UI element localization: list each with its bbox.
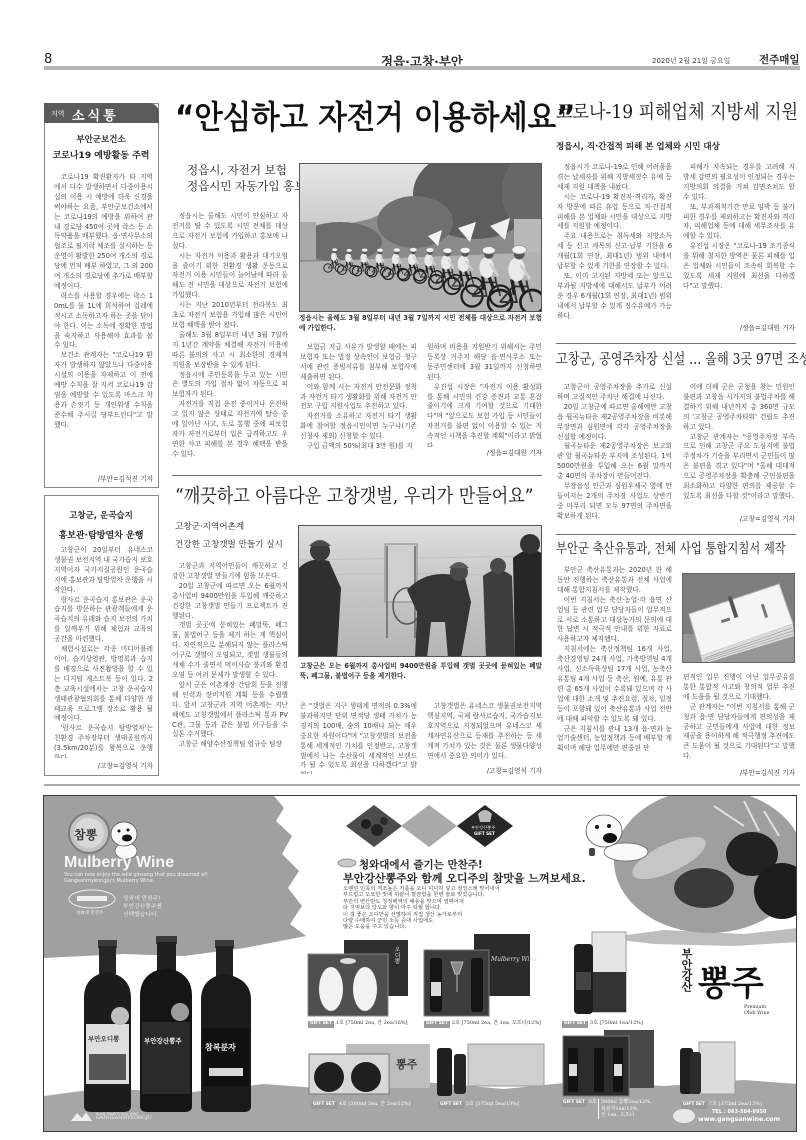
page-number: 8: [44, 52, 52, 67]
gift-set-6-image: [563, 1030, 654, 1096]
tax-col-2: 피해가 지속되는 경우를 고려해 지방세 감면의 필요성이 인정되는 경우는 지…: [683, 163, 795, 321]
gift-set-2-image: [424, 934, 530, 1016]
paragraph: 정읍시는 올해도 시민이 안심하고 자전거를 탈 수 있도록 시민 전체를 대상…: [172, 212, 288, 252]
paragraph: 20일 고창군에 따르면 오는 6월까지 총사업비 9400만원을 투입해 깨끗…: [172, 582, 288, 622]
paragraph: 정읍시에 주민등록을 두고 있는 시민은 별도의 가입 절차 없이 자동으로 피…: [172, 371, 288, 401]
ad-tagline-2: Gangsanmyeongju's Mulberry Wine.: [64, 878, 154, 884]
center-divider: [172, 475, 542, 476]
paragraph: 자전거를 소유하고 자전거 타기 생활화에 참여할 정읍시민이면 누구나(기존 …: [300, 412, 417, 442]
paragraph: 시는 자전거 이용과 활용과 대기오염을 줄이기 위한 친환경 생활 운동으로 …: [172, 252, 288, 302]
gift-set-number: 5호: [466, 1101, 474, 1107]
gift-set-badge: GIFT SET: [308, 1021, 334, 1028]
guidebook-photo-image: [683, 574, 795, 663]
parking-col-1: 고창군이 공영주차장을 추가로 신설하며 고질적인 주차난 해결에 나선다. 2…: [557, 383, 672, 523]
paragraph: 20일 고창군에 따르면 올해에만 고창읍 월곡뉴타운 제2공영주차장을 비롯해…: [557, 403, 672, 443]
paragraph: 보험금 지급 사유가 발생할 때에는 피보험자 또는 법정 상속인이 보험금 청…: [300, 343, 417, 383]
paper-name: 전주매일: [759, 52, 800, 67]
paragraph: 부안군 축산유통과는 2020년 한 해 동안 진행하는 축산유통과 전체 사업…: [557, 566, 672, 596]
paragraph: 군은 지침서를 관내 13개 읍·면과 농업기술센터, 농업정책과 등에 배부할…: [557, 725, 672, 755]
side-article-2-byline: /고창=김영식 기자: [54, 762, 153, 771]
paragraph: 체험시설로는 각종 미디어플레이어, 습지상영관, 방명록과 습지를 배경으로 …: [54, 645, 153, 724]
paragraph: 유진섭 시장은 "코로나-19 조기종식을 위해 철저한 방역은 물론 피해를 …: [683, 242, 795, 292]
tidal-subhead-1: 고창군·지역어촌계: [175, 519, 244, 536]
right-divider-1: [556, 343, 796, 344]
gift-set-spec: [750ml 2ea, 잔 1ea, 오프너/12%]: [462, 1020, 542, 1026]
paragraph: 시는 지난 2010년부터 전라북도 최초로 자전거 보험을 가입해 많은 시민…: [172, 301, 288, 331]
bottle-3: [201, 940, 251, 1112]
tidal-subhead-2: 건강한 고창갯벌 만들기 실시: [175, 537, 283, 554]
paragraph: 구입 금액의 50%(최대 3만 원)를 지: [300, 442, 417, 452]
paragraph: 피해가 지속되는 경우를 고려해 지방세 감면의 필요성이 인정되는 경우는 지…: [683, 163, 795, 203]
side-article-2-title: 고창군, 운곡습지: [45, 509, 157, 521]
bottle-2-label: 부안강산뽕주: [144, 1036, 182, 1045]
bike-subhead-2: 정읍시민 자동가입 홍보: [187, 178, 305, 194]
parking-col-2: 이에 더해 군은 군청을 찾는 민원인 불편과 고창읍 시가지의 불법주차를 해…: [683, 383, 795, 511]
gift-set-badge: GIFT SET: [561, 1100, 587, 1107]
gift-set-2-label: GIFT SET2호 [750ml 2ea, 잔 1ea, 오프너/12%]: [424, 1020, 541, 1028]
bike-col-3: 원하며 비용을 지원받기 위해서는 주민등록상 거주지 해당 읍·면사무소 또는…: [427, 343, 542, 447]
gift-set-number: 1호: [336, 1020, 344, 1026]
bottle-1: [84, 940, 131, 1112]
gift-set-6-spec: 500ml 참뽕2ea/12%, 복분자1ea/13%, 잔 1ea, 오프너: [598, 1099, 652, 1119]
ad-body-line-7: 많은 도움을 주고 있습니다.: [343, 922, 406, 930]
gift-set-spec: [750ml 1ea/12%]: [600, 1020, 643, 1026]
side-article-1-subtitle: 코로나19 예방활동 주력: [45, 148, 157, 161]
mulberry-photo: [614, 796, 797, 933]
livestock-col-2: 편적인 업무 진행이 아닌 업무공유를 통한 통합적 사고와 창의적 업무 추진…: [683, 673, 795, 765]
gift-set-7-image: [680, 1042, 735, 1094]
gift-set-spec: [750ml 2ea, 잔 2ea/16%]: [346, 1020, 408, 1026]
parking-headline: 고창군, 공영주차장 신설 … 올해 3곳 97면 조성: [556, 353, 806, 368]
paragraph: 지침서에는 축산정책팀 16개 사업, 축산경영팀 24개 사업, 가축방역팀 …: [557, 645, 672, 724]
bike-byline: /정읍=김대원 기자: [427, 449, 542, 458]
gift-set-badge: GIFT SET: [311, 1102, 337, 1109]
ad-divider-rule: [44, 784, 800, 786]
paragraph: 월곡뉴타운 제2공영주차장은 보고회관 앞 월곡뉴타운 부지에 조성된다. 1억…: [557, 442, 672, 482]
ad-website: www.gangsanwine.com: [698, 1116, 780, 1123]
company-name: GANGSANMYEONGJU: [96, 1116, 152, 1121]
brand-name-small: 부안강산: [680, 948, 693, 992]
gift-box-text-1: 오디뽕: [392, 946, 401, 964]
gift-set-number: 7호: [709, 1101, 717, 1107]
cyclists-photo-image: [300, 164, 542, 312]
livestock-byline: /부안=김석진 기자: [683, 769, 795, 778]
paragraph: 군 관계자는 "이번 지침서를 통해 군청과 읍·면 담당자들에게 편의성을 제…: [683, 703, 795, 762]
paragraph: 고창군과 지역어민들이 깨끗하고 건강한 고창갯벌 만들기에 힘을 모은다.: [172, 562, 288, 582]
tax-col-1: 정읍시가 코로나-19로 인해 어려움을 겪는 납세자를 위해 지방세징수 유예…: [557, 163, 672, 333]
paragraph: 고창군 관계자는 "공영주차장 부족으로 인해 고창군 주요 도심지에 불법 주…: [683, 433, 795, 502]
issue-date: 2020년 2월 21일 금요일: [652, 56, 730, 66]
tidal-flat-photo-image: [299, 526, 542, 657]
local-news-tab: 지역 소식통: [44, 103, 159, 123]
paragraph: 고창갯벌은 유네스코 생물권보전지역 핵심지역, 국제 람사르습지, 국가습지보…: [427, 702, 542, 761]
paragraph: 고창군이 20일부터 유네스코 생물권 보전지역 내 국가습지 보호지역이자 국…: [54, 546, 153, 596]
cyclists-photo-caption: 정읍시는 올해도 3월 8일부터 내년 3월 7일까지 시민 전체를 대상으로 …: [299, 314, 542, 334]
header-rule: [44, 66, 800, 70]
side-article-1-body: 코로나19 확진환자가 타 지역에서 다수 발생하면서 다중이용시설의 이용 시…: [54, 173, 153, 473]
seal-caption: 청와대 만찬주: [76, 910, 104, 916]
livestock-col-1: 부안군 축산유통과는 2020년 한 해 동안 진행하는 축산유통과 전체 사업…: [557, 566, 672, 779]
tab-prefix: 지역: [51, 109, 65, 119]
paragraph: 이에 더해 군은 군청을 찾는 민원인 불편과 고창읍 시가지의 불법주차를 해…: [683, 383, 795, 433]
paragraph: 편적인 업무 진행이 아닌 업무공유를 통한 통합적 사고와 창의적 업무 추진…: [683, 673, 795, 703]
bottle-3-label: 참복분자: [205, 1042, 236, 1053]
small-seal-icon: [338, 859, 356, 867]
parking-byline: /고창=김영식 기자: [683, 515, 795, 524]
gift-set-7-label: GIFT SET7호 [375ml 2ea/13%]: [681, 1101, 762, 1109]
tax-headline: 코로나-19 피해업체 지방세 지원: [556, 103, 798, 122]
paragraph: 이번 지침서는 축산·농업·각 읍면 산업팀 등 관련 업무 담당자들이 업무적…: [557, 596, 672, 646]
side-article-2-body: 고창군이 20일부터 유네스코 생물권 보전지역 내 국가습지 보호지역이자 국…: [54, 546, 153, 758]
paragraph: 유진섭 시장은 "자전거 이용 활성화를 통해 시민의 건강 증진과 교통 혼잡…: [427, 383, 542, 447]
brand-en-2: Ohdi Wine: [744, 1011, 769, 1016]
paragraph: 주요 내용으로는 취득세와 지방소득세 등 신고 세목의 신고·납부 기한을 6…: [557, 232, 672, 272]
gift-set-spec-line: 500ml 참뽕2ea/12%,: [601, 1099, 652, 1106]
paragraph: 은 "갯벌은 지구 생태계 면적의 0.3%에 불과하지만 단위 면적당 생태 …: [300, 702, 417, 774]
gift-set-badge: GIFT SET: [562, 1021, 588, 1028]
paragraph: 락스를 사용할 경우에는 락스 10mL를 물 1L에 희석하여 걸레에 적시고…: [54, 292, 153, 351]
gift-set-spec: [375ml 5ea/13%]: [476, 1101, 519, 1107]
gift-set-number: 4호: [339, 1101, 347, 1107]
tab-title: 소식통: [72, 105, 119, 124]
brand-en-1: Premium: [744, 1005, 766, 1010]
side-article-1-byline: /부안=김석진 기자: [54, 475, 153, 484]
side-article-2-subtitle: 홍보관·탐방열차 운행: [45, 528, 157, 541]
paragraph: 올해도 3월 8일부터 내년 3월 7일까지 1년간 계약을 체결해 자전거 이…: [172, 331, 288, 371]
tidal-col-2: 은 "갯벌은 지구 생태계 면적의 0.3%에 불과하지만 단위 면적당 생태 …: [300, 702, 417, 774]
promo-line-3: 선택했습니다.: [123, 909, 158, 918]
tax-subhead: 정읍시, 직·간접적 피해 본 업체와 시민 대상: [556, 140, 720, 152]
tidal-flat-photo-caption: 고창군은 오는 6월까지 총사업비 9400만원을 투입해 갯벌 곳곳에 묻혀있…: [300, 662, 542, 682]
gift-set-number: 3호: [590, 1020, 598, 1026]
bike-headline: “안심하고 자전거 이용하세요”: [175, 101, 575, 133]
bike-subhead-1: 정읍시, 자전거 보험: [187, 162, 287, 178]
paragraph: 또, 부과제척기간 만료 임박 등 불가피한 경우를 제외하고는 확진자와 격리…: [683, 203, 795, 243]
paragraph: 또, 이미 고지된 지방세 또는 앞으로 부과될 지방세에 대해서도 납부가 어…: [557, 272, 672, 322]
bottle-1-label: 부안오디뽕: [88, 1034, 119, 1043]
bike-col-1: 정읍시는 올해도 시민이 안심하고 자전거를 탈 수 있도록 시민 전체를 대상…: [172, 212, 288, 470]
gift-set-spec: [300ml 2ea, 잔 2ea/12%]: [349, 1101, 411, 1107]
diamond-badge-line-2: GIFT SET: [474, 831, 495, 836]
tidal-col-3: 고창갯벌은 유네스코 생물권보전지역 핵심지역, 국제 람사르습지, 국가습지보…: [427, 702, 542, 764]
paragraph: 람사르 운곡습지 홍보관은 운곡습지를 방문하는 관광객들에게 운곡습지의 유래…: [54, 596, 153, 646]
paragraph: 정읍시가 코로나-19로 인해 어려움을 겪는 납세자를 위해 지방세징수 유예…: [557, 163, 672, 193]
livestock-headline: 부안군 축산유통과, 전체 사업 통합지침서 제작: [556, 543, 786, 557]
tax-byline: /정읍=김대원 기자: [683, 324, 795, 333]
gift-set-badge: GIFT SET: [438, 1102, 464, 1109]
gift-set-6-label: GIFT SET6호: [561, 1099, 597, 1107]
bottle-2: [140, 936, 192, 1112]
gift-set-spec-line: 잔 1ea, 오프너: [601, 1112, 652, 1119]
brand-logo-text: 참뽕: [74, 826, 97, 843]
paragraph: 고창군 해양수산정책팀 엄규승 팀장: [172, 740, 288, 750]
paragraph: 갯벌 곳곳에 묻혀있는 폐말뚝, 폐그물, 불법어구 등을 제거 하는 게 핵심…: [172, 621, 288, 680]
paragraph: 고창군이 공영주차장을 추가로 신설하며 고질적인 주차난 해결에 나선다.: [557, 383, 672, 403]
brand-name-large: 뽕주: [698, 956, 764, 1005]
paragraph: 보건소 관계자는 "코로나19 환자가 발생하지 않았으나 다중이용시설의 이용…: [54, 351, 153, 430]
gift-set-5-label: GIFT SET5호 [375ml 5ea/13%]: [438, 1101, 519, 1109]
paragraph: 코로나19 확진환자가 타 지역에서 다수 발생하면서 다중이용시설의 이용 시…: [54, 173, 153, 292]
paragraph: 시는 코로나-19 확진자·격리자, 확진자 방문에 따른 휴업 등으로 직·간…: [557, 193, 672, 233]
paragraph: 이와 함께 시는 자전거 안전문화 정착과 자전거 타기 생활화를 위해 자전거…: [300, 383, 417, 413]
bike-col-2: 보험금 지급 사유가 발생할 때에는 피보험자 또는 법정 상속인이 보험금 청…: [300, 343, 417, 469]
gift-set-3-image: [574, 932, 626, 1014]
gift-set-number: 6호: [589, 1099, 597, 1105]
gift-set-4-label: GIFT SET4호 [300ml 2ea, 잔 2ea/12%]: [311, 1101, 411, 1109]
ad-telephone: TEL : 063-584-9950: [712, 1109, 766, 1115]
gift-set-3-label: GIFT SET3호 [750ml 1ea/12%]: [562, 1020, 643, 1028]
tidal-flat-photo: [298, 525, 542, 657]
paragraph: 무장읍성 인근과 심원우체국 옆에 만들어지는 2개의 주차장 사업도 상반기 …: [557, 482, 672, 522]
paragraph: 원하며 비용을 지원받기 위해서는 주민등록상 거주지 해당 읍·면사무소 또는…: [427, 343, 542, 383]
gift-box-text-3: 뽕주: [396, 1056, 417, 1072]
side-article-1-title: 부안군보건소: [45, 133, 157, 145]
gift-set-badge: GIFT SET: [424, 1021, 450, 1028]
tidal-col-1: 고창군과 지역어민들이 깨끗하고 건강한 고창갯벌 만들기에 힘을 모은다. 2…: [172, 562, 288, 775]
mulberry-wine-advertisement: 참뽕 Mulberry Wine You can now enjoy the w…: [43, 795, 797, 1132]
gift-box-text-2: Mulberry Wine: [491, 956, 537, 963]
tidal-byline: /고창=김영식 기자: [427, 767, 542, 776]
cyclists-photo: [299, 163, 542, 312]
gift-set-spec: [375ml 2ea/13%]: [719, 1101, 762, 1107]
ad-title: Mulberry Wine: [64, 854, 174, 872]
right-divider-2: [556, 534, 796, 535]
gift-set-number: 2호: [452, 1020, 460, 1026]
company-logo-icon: [673, 1109, 695, 1123]
paragraph: 자전거를 직접 운전 중이거나 운전하고 있지 않은 상태로 자전거에 탑승 중…: [172, 400, 288, 459]
paragraph: 앞서 군은 어촌계장 간담회 등을 진행해 인력과 장비지원 계획 등을 수립했…: [172, 681, 288, 740]
tidal-headline: “깨끗하고 아름다운 고창갯벌, 우리가 만들어요”: [175, 487, 534, 506]
paragraph: '람사르 운곡습지 탐방열차'는 친환경 주차장부터 생태공원까지(3.5km/…: [54, 724, 153, 758]
gift-set-badge: GIFT SET: [681, 1102, 707, 1109]
guidebook-photo: [682, 573, 795, 663]
gift-set-1-label: GIFT SET1호 [750ml 2ea, 잔 2ea/16%]: [308, 1020, 408, 1028]
